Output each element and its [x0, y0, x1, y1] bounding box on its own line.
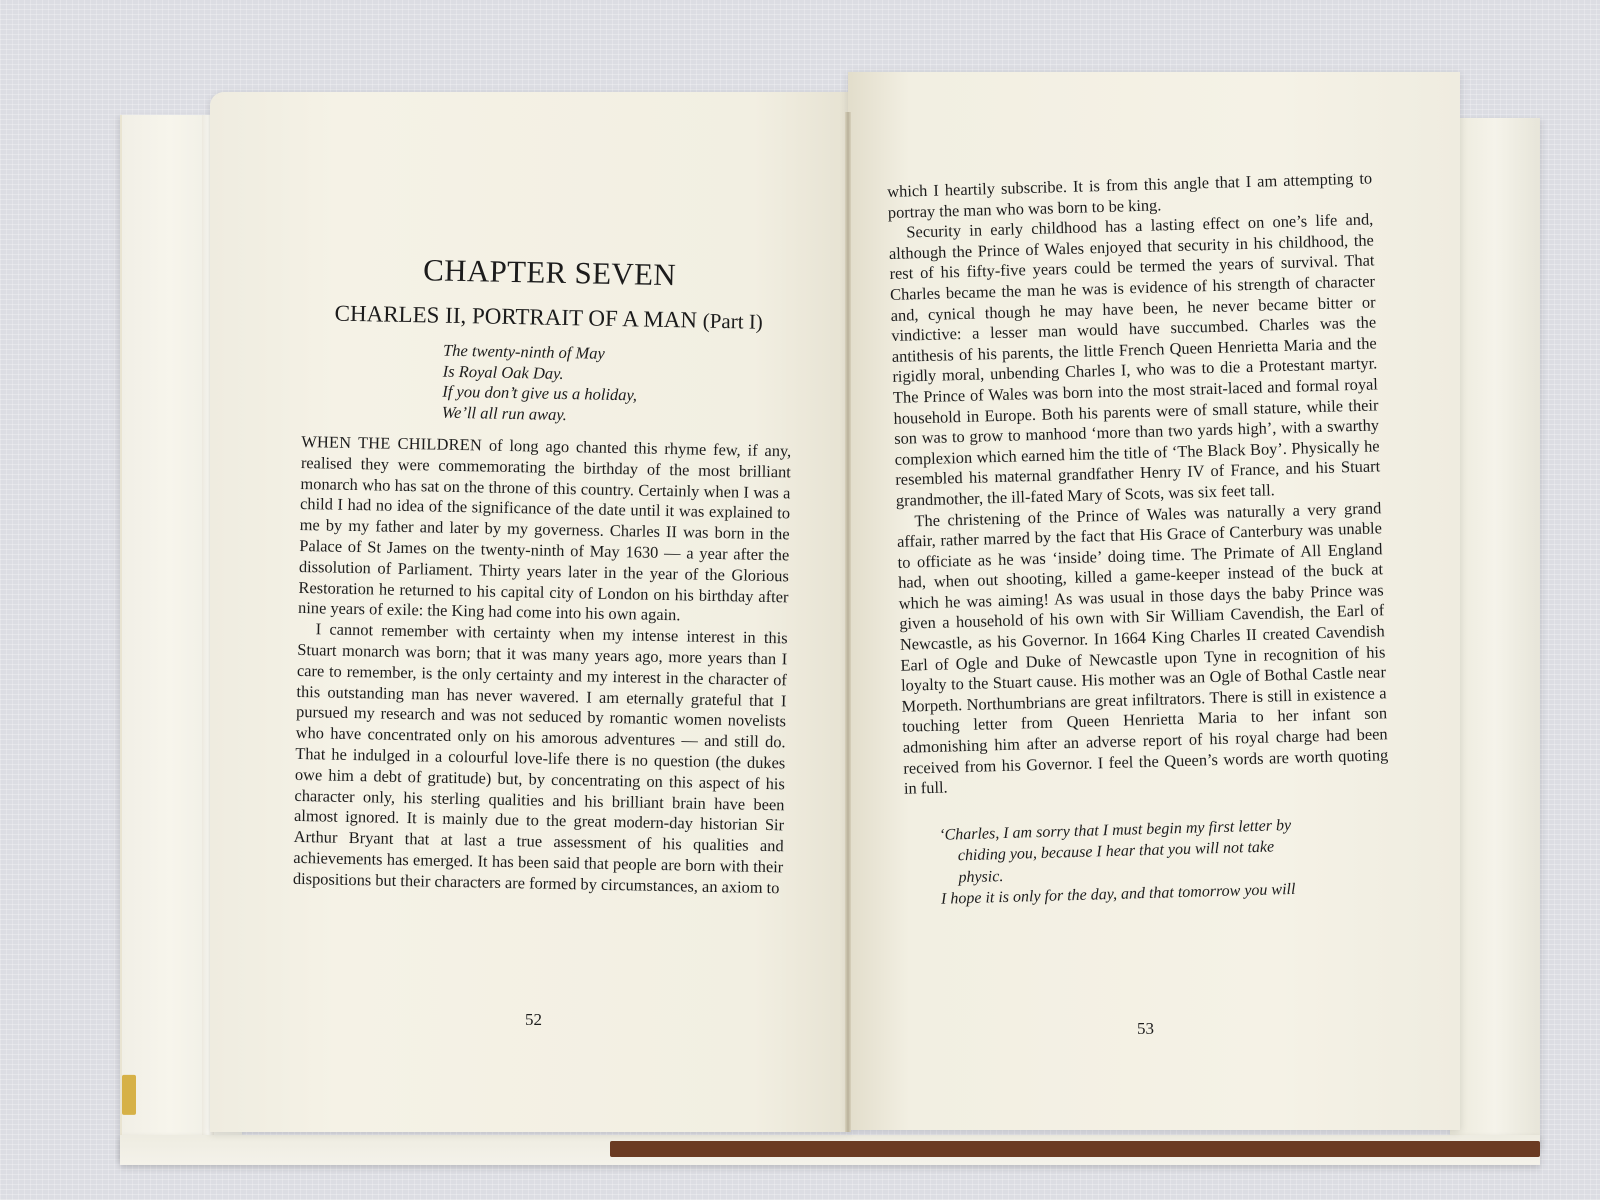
- chapter-title-text: CHARLES II, PORTRAIT OF A MAN: [334, 301, 697, 333]
- letter-quote: ‘Charles, I am sorry that I must begin m…: [939, 812, 1392, 911]
- paragraph: WHEN THE CHILDREN of long ago chanted th…: [298, 432, 792, 629]
- paragraph: The christening of the Prince of Wales w…: [896, 498, 1389, 800]
- left-page-text: CHAPTER SEVEN CHARLES II, PORTRAIT OF A …: [293, 250, 795, 899]
- paragraph-lead: WHEN THE CHILDREN: [301, 432, 482, 454]
- paragraph: I cannot remember with certainty when my…: [293, 619, 788, 899]
- paragraph: Security in early childhood has a lastin…: [888, 210, 1381, 512]
- right-page-text: which I heartily subscribe. It is from t…: [887, 168, 1392, 911]
- epigraph: The twenty-ninth of May Is Royal Oak Day…: [442, 341, 794, 430]
- chapter-part: (Part I): [703, 309, 764, 334]
- page-number-left: 52: [525, 1010, 542, 1030]
- page-number-right: 53: [1137, 1019, 1154, 1039]
- book-gutter: [845, 112, 851, 1132]
- chapter-title: CHARLES II, PORTRAIT OF A MAN (Part I): [304, 300, 794, 335]
- paragraph-text: of long ago chanted this rhyme few, if a…: [298, 436, 791, 625]
